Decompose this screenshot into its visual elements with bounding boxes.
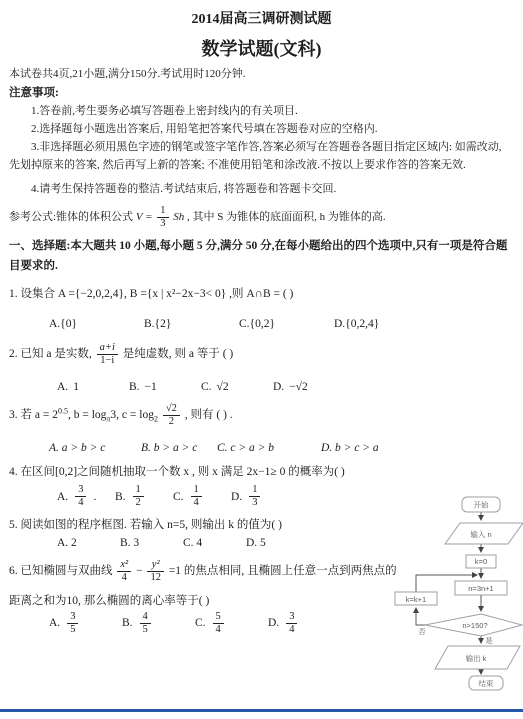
output-label: 输出 k (466, 653, 487, 663)
increment-label: k=k+1 (406, 595, 426, 604)
option-a: A. a > b > c (49, 440, 141, 456)
decision-label: n>150? (462, 621, 487, 630)
formula-text-before: 参考公式:锥体的体积公式 (9, 211, 133, 223)
end-label: 结束 (479, 678, 494, 688)
q6-fraction-1: x²4 (117, 559, 131, 584)
q3-exponent: 0.5 (58, 407, 68, 416)
option-b: B. b > a > c (141, 440, 217, 456)
question-2-stem: 2. 已知 a 是实数, a+i1−i 是纯虚数, 则 a 等于 ( ) (9, 342, 514, 367)
page-footer-rule (0, 709, 523, 712)
option-c: C.{0,2} (239, 316, 334, 332)
option-a: A.{0} (49, 316, 144, 332)
notes-header: 注意事项: (9, 85, 514, 101)
yes-label: 是 (485, 636, 493, 645)
q3-log-base-2: 2 (154, 415, 158, 424)
note-item-2: 2.选择题每小题选出答案后, 用铅笔把答案代号填在答题卷对应的空格内. (9, 120, 514, 138)
q2-text-before: 2. 已知 a 是实数, (9, 348, 92, 360)
formula-fraction: 13 (157, 205, 168, 230)
option-b: B.12 (115, 484, 173, 509)
question-5-options: A. 2 B. 3 C. 4 D. 5 (9, 535, 449, 551)
formula-lhs: V = (136, 211, 153, 223)
compute-label: n=3n+1 (468, 584, 493, 593)
note-item-3: 3.非选择题必须用黑色字迹的钢笔或签字笔作答,答案必须写在答题卷各题目指定区域内… (9, 138, 514, 174)
formula-text-after: , 其中 S 为锥体的底面面积, h 为锥体的高. (187, 211, 386, 223)
page-subtitle: 数学试题(文科) (9, 37, 514, 61)
question-5-stem: 5. 阅读如图的程序框图. 若输入 n=5, 则输出 k 的值为( ) (9, 517, 401, 533)
option-a: A. 2 (57, 535, 120, 551)
q6-minus-sign: − (136, 566, 143, 578)
program-flowchart: 开始 输入 n k=0 n=3n+1 k=k+1 n>150? 否 是 输出 k… (393, 487, 523, 703)
q3-text-2: , b = log (68, 409, 106, 421)
init-label: k=0 (475, 557, 487, 566)
option-c: C. c > a > b (217, 440, 321, 456)
question-4-stem: 4. 在区间[0,2]之间随机抽取一个数 x , 则 x 满足 2x−1≥ 0 … (9, 464, 514, 480)
no-branch-wire (416, 608, 425, 625)
page-title: 2014届高三调研测试题 (9, 10, 514, 29)
option-a: A.34. (57, 484, 115, 509)
option-d: D.{0,2,4} (334, 316, 429, 332)
question-3-options: A. a > b > c B. b > a > c C. c > a > b D… (9, 440, 514, 456)
question-1-stem: 1. 设集合 A ={−2,0,2,4}, B ={x | x²−2x−3< 0… (9, 286, 514, 302)
option-d: D. b > c > a (321, 440, 379, 456)
note-item-1: 1.答卷前,考生要务必填写答题卷上密封线内的有关项目. (9, 102, 514, 120)
q3-text-3: 3, c = log (110, 409, 154, 421)
flowchart-diagram: 开始 输入 n k=0 n=3n+1 k=k+1 n>150? 否 是 输出 k… (393, 487, 523, 703)
option-a: A.1 (57, 379, 129, 395)
q3-text-4: , 则有 ( ) . (185, 409, 233, 421)
section-1-header: 一、选择题:本大题共 10 小题,每小题 5 分,满分 50 分,在每小题给出的… (9, 236, 514, 276)
question-1-options: A.{0} B.{2} C.{0,2} D.{0,2,4} (9, 316, 514, 332)
question-6-stem: 6. 已知椭圆与双曲线 x²4 − y²12 =1 的焦点相同, 且椭圆上任意一… (9, 559, 401, 584)
exam-info: 本试卷共4页,21小题,满分150分.考试用时120分钟. (9, 67, 514, 82)
question-2-options: A.1 B.−1 C.√2 D.−√2 (9, 379, 514, 395)
reference-formula: 参考公式:锥体的体积公式 V = 13 Sh , 其中 S 为锥体的底面面积, … (9, 202, 514, 232)
option-b: B.−1 (129, 379, 201, 395)
input-label: 输入 n (470, 529, 491, 539)
start-label: 开始 (474, 500, 489, 510)
option-d: D. 5 (246, 535, 309, 551)
option-c: C.√2 (201, 379, 273, 395)
option-c: C.54 (195, 611, 268, 636)
note-item-4: 4.请考生保持答题卷的整洁.考试结束后, 将答题卷和答题卡交回. (9, 180, 514, 198)
option-b: B.{2} (144, 316, 239, 332)
option-d: D.−√2 (273, 379, 345, 395)
exam-page: 2014届高三调研测试题 数学试题(文科) 本试卷共4页,21小题,满分150分… (0, 0, 523, 719)
formula-rhs: Sh (173, 211, 184, 223)
option-c: C.14 (173, 484, 231, 509)
question-3-stem: 3. 若 a = 20.5, b = logπ3, c = log2 √22 ,… (9, 403, 514, 428)
q2-text-after: 是纯虚数, 则 a 等于 ( ) (123, 348, 234, 360)
option-d: D.34 (268, 611, 341, 636)
q2-fraction: a+i1−i (97, 342, 118, 367)
option-d: D.13 (231, 484, 289, 509)
q6-text-after: =1 的焦点相同, 且椭圆上任意一点到两焦点的 (169, 566, 397, 578)
q3-fraction: √22 (163, 403, 180, 428)
option-b: B. 3 (120, 535, 183, 551)
option-b: B.45 (122, 611, 195, 636)
option-c: C. 4 (183, 535, 246, 551)
no-label: 否 (418, 627, 426, 636)
option-a: A.35 (49, 611, 122, 636)
q6-text-before: 6. 已知椭圆与双曲线 (9, 566, 113, 578)
q3-text-1: 3. 若 a = 2 (9, 409, 58, 421)
q6-fraction-2: y²12 (147, 559, 164, 584)
